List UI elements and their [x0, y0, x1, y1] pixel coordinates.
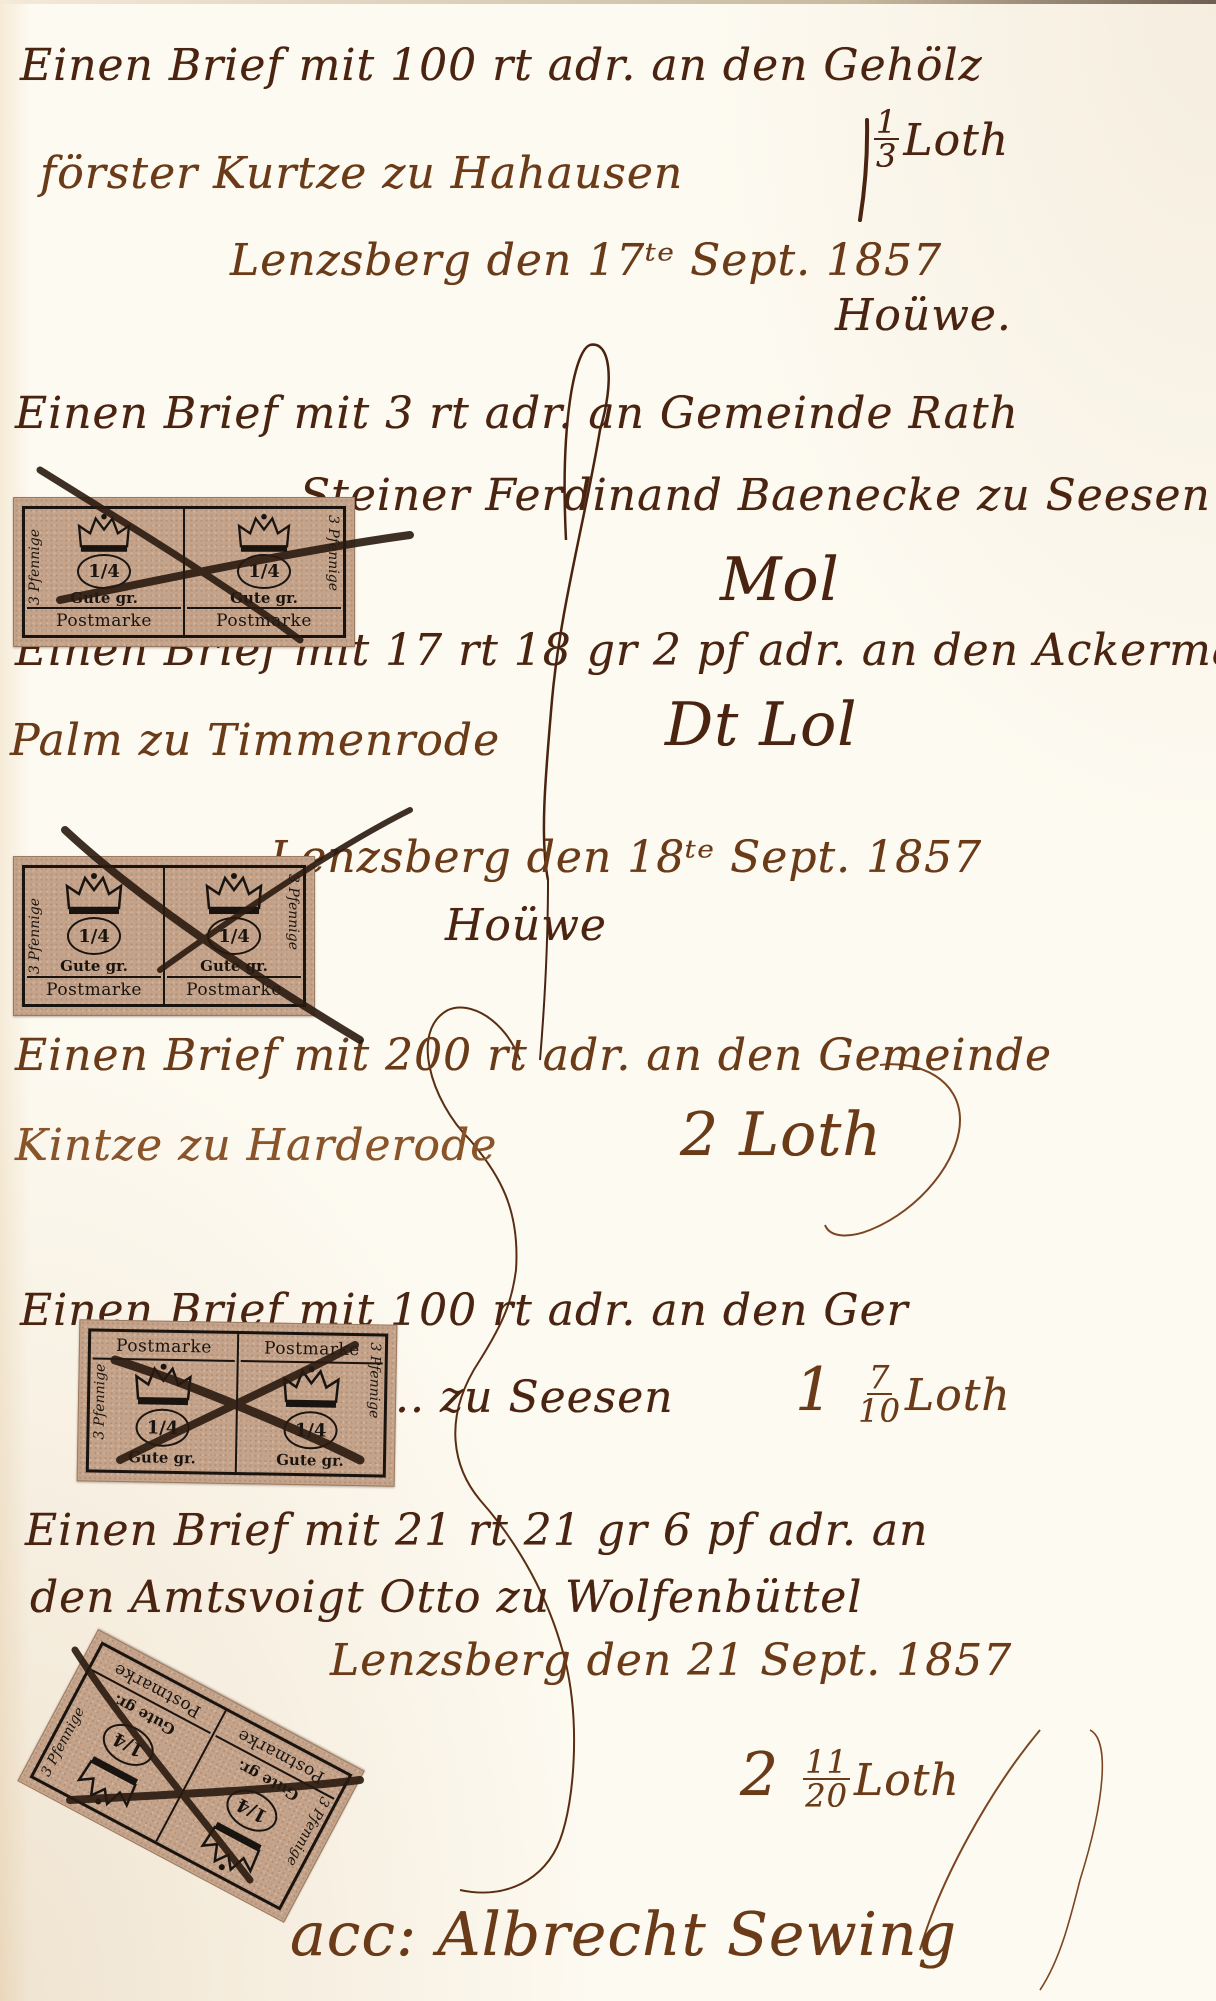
entry-6-date: Lenzsberg den 21 Sept. 1857 [330, 1635, 1012, 1686]
entry-6-weight: 2 11 20 Loth [740, 1740, 960, 1812]
stamp-frame: 3 Pfennige Postmarke 1/4 Gute gr. 3 Pfen… [86, 1328, 388, 1477]
stamp-unit: Gute gr. [276, 1451, 344, 1470]
entry-5-line-2: ... zu Seesen [380, 1372, 674, 1423]
entry-3-weight: Dt Lol [665, 690, 857, 760]
entry-6-line-1: Einen Brief mit 21 rt 21 gr 6 pf adr. an [25, 1505, 929, 1556]
closing-signature: acc: Albrecht Sewing [290, 1900, 957, 1970]
stamp-label: Postmarke [27, 607, 181, 631]
stamp-pair-1: 3 Pfennige 1/4 Gute gr. Postmarke 3 Pfen… [13, 497, 355, 647]
stamp-value: 1/4 [135, 1408, 190, 1447]
crown-icon [203, 872, 265, 916]
entry-1-date: Lenzsberg den 17ᵗᵉ Sept. 1857 [230, 235, 942, 286]
entry-4-weight: 2 Loth [680, 1100, 882, 1170]
crown-icon [233, 513, 295, 554]
stamp-value: 1/4 [283, 1411, 338, 1450]
entry-5-weight-fraction: 7 10 [858, 1361, 901, 1427]
page-top-edge [0, 0, 1216, 4]
stamp: 3 Pfennige Postmarke 1/4 Gute gr. [89, 1331, 239, 1472]
entry-3-date: Lenzsberg den 18ᵗᵉ Sept. 1857 [270, 832, 982, 883]
stamp-unit: Gute gr. [200, 957, 268, 975]
entry-2-weight: Mol [720, 545, 840, 615]
stamp: 3 Pfennige Postmarke 1/4 Gute gr. [237, 1334, 385, 1475]
crown-icon [63, 872, 125, 916]
stamp-value: 1/4 [237, 554, 291, 589]
stamp-value: 1/4 [77, 554, 131, 589]
stamp-unit: Gute gr. [128, 1448, 196, 1467]
stamp-pair-2: 3 Pfennige 1/4 Gute gr. Postmarke 3 Pfen… [13, 856, 315, 1016]
stamp-label: Postmarke [167, 976, 301, 1000]
stamp: 3 Pfennige 1/4 Gute gr. Postmarke [185, 509, 343, 635]
stamp-label: Postmarke [93, 1335, 235, 1361]
entry-4-line-2: Kintze zu Harderode [15, 1120, 497, 1171]
entry-6-line-2: den Amtsvoigt Otto zu Wolfenbüttel [30, 1572, 862, 1623]
stamp: 3 Pfennige 1/4 Gute gr. Postmarke [25, 509, 185, 635]
entry-1-line-2: förster Kurtze zu Hahausen [40, 148, 683, 199]
entry-3-signature: Hoüwe [445, 900, 607, 951]
entry-1-weight-fraction: 1 3 [874, 106, 899, 172]
crown-icon [132, 1362, 195, 1407]
entry-4-line-1: Einen Brief mit 200 rt adr. an den Gemei… [15, 1030, 1052, 1081]
crown-icon [280, 1365, 343, 1410]
stamp-value: 1/4 [67, 917, 121, 955]
stamp-label: Postmarke [27, 976, 161, 1000]
entry-3-line-2: Palm zu Timmenrode [10, 715, 500, 766]
stamp-unit: Gute gr. [70, 589, 138, 607]
stamp-label: Postmarke [241, 1338, 383, 1364]
stamp-frame: 3 Pfennige 1/4 Gute gr. Postmarke 3 Pfen… [22, 865, 306, 1007]
stamp: 3 Pfennige 1/4 Gute gr. Postmarke [25, 868, 165, 1004]
entry-5-weight: 1 7 10 Loth [795, 1355, 1011, 1427]
stamp-frame: 3 Pfennige 1/4 Gute gr. Postmarke 3 Pfen… [22, 506, 346, 638]
stamp-label: Postmarke [187, 607, 341, 631]
stamp-value: 1/4 [207, 917, 261, 955]
entry-2-line-1: Einen Brief mit 3 rt adr. an Gemeinde Ra… [15, 388, 1019, 439]
stamp-unit: Gute gr. [60, 957, 128, 975]
crown-icon [73, 513, 135, 554]
entry-6-weight-fraction: 11 20 [803, 1746, 850, 1812]
stamp: 3 Pfennige 1/4 Gute gr. Postmarke [165, 868, 303, 1004]
entry-2-line-2: Steiner Ferdinand Baenecke zu Seesen [300, 470, 1211, 521]
entry-1-weight: 1 3 Loth [870, 100, 1009, 172]
stamp-pair-3: 3 Pfennige Postmarke 1/4 Gute gr. 3 Pfen… [77, 1319, 398, 1487]
stamp-unit: Gute gr. [230, 589, 298, 607]
entry-1-line-1: Einen Brief mit 100 rt adr. an den Gehöl… [20, 40, 983, 91]
entry-1-signature: Hoüwe. [835, 290, 1012, 341]
